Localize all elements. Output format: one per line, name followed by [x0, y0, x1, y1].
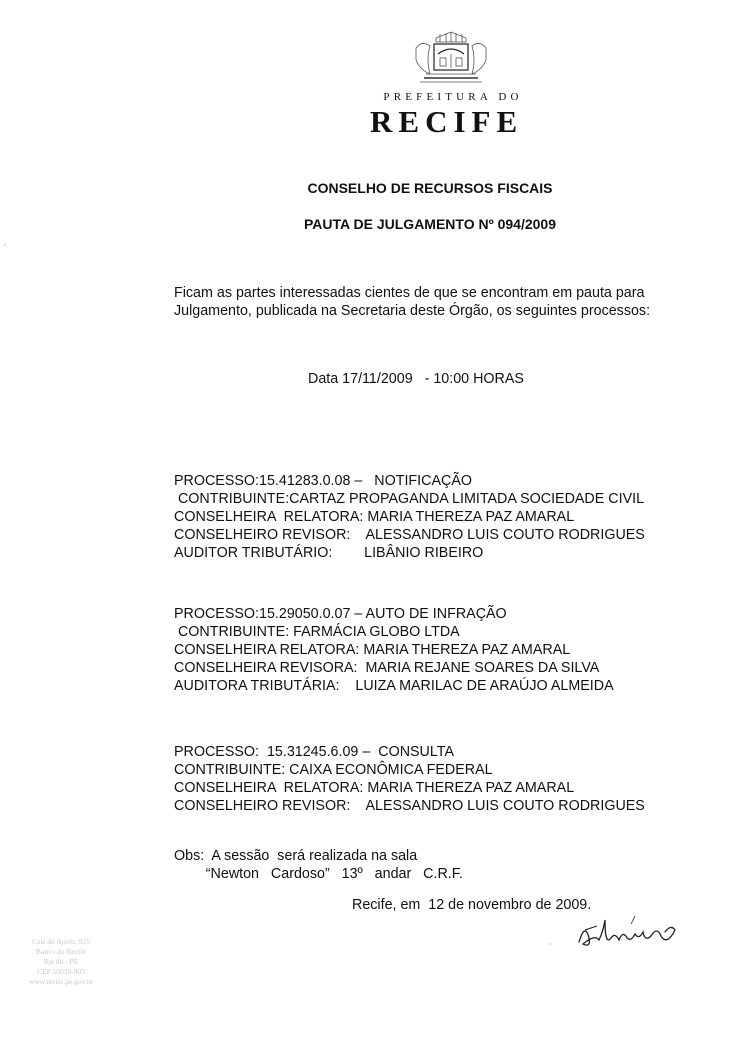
observation-note: Obs: A sessão será realizada na sala “Ne…: [174, 847, 463, 883]
tax-auditor: AUDITORA TRIBUTÁRIA: LUIZA MARILAC DE AR…: [174, 677, 614, 695]
scan-speck: [4, 244, 6, 246]
reviewer: CONSELHEIRO REVISOR: ALESSANDRO LUIS COU…: [174, 797, 645, 815]
intro-paragraph: Ficam as partes interessadas cientes de …: [174, 284, 694, 320]
observation-line: “Newton Cardoso” 13º andar C.R.F.: [174, 865, 463, 883]
scan-speck: [549, 943, 551, 945]
taxpayer: CONTRIBUINTE:CARTAZ PROPAGANDA LIMITADA …: [174, 490, 645, 508]
prefeitura-label: PREFEITURA DO: [378, 91, 528, 103]
reviewer: CONSELHEIRA REVISORA: MARIA REJANE SOARE…: [174, 659, 614, 677]
city-name-logo: RECIFE: [370, 104, 520, 140]
rapporteur: CONSELHEIRA RELATORA: MARIA THEREZA PAZ …: [174, 779, 645, 797]
taxpayer: CONTRIBUINTE: FARMÁCIA GLOBO LTDA: [174, 623, 614, 641]
reviewer: CONSELHEIRO REVISOR: ALESSANDRO LUIS COU…: [174, 526, 645, 544]
observation-line: Obs: A sessão será realizada na sala: [174, 847, 463, 865]
place-and-date: Recife, em 12 de novembro de 2009.: [352, 897, 591, 913]
session-date: Data 17/11/2009 - 10:00 HORAS: [308, 371, 524, 387]
address-line: www.recife.pe.gov.br: [6, 977, 116, 987]
address-line: Bairro do Recife: [6, 947, 116, 957]
rapporteur: CONSELHEIRA RELATORA: MARIA THEREZA PAZ …: [174, 508, 645, 526]
document-title: PAUTA DE JULGAMENTO Nº 094/2009: [0, 216, 740, 232]
taxpayer: CONTRIBUINTE: CAIXA ECONÔMICA FEDERAL: [174, 761, 645, 779]
process-block: PROCESSO:15.41283.0.08 – NOTIFICAÇÃO CON…: [174, 472, 645, 562]
address-line: Recife - PE: [6, 957, 116, 967]
process-number: PROCESSO: 15.31245.6.09 – CONSULTA: [174, 743, 645, 761]
process-block: PROCESSO: 15.31245.6.09 – CONSULTA CONTR…: [174, 743, 645, 815]
tax-auditor: AUDITOR TRIBUTÁRIO: LIBÂNIO RIBEIRO: [174, 544, 645, 562]
coat-of-arms-icon: [396, 30, 506, 90]
rapporteur: CONSELHEIRA RELATORA: MARIA THEREZA PAZ …: [174, 641, 614, 659]
organization-heading: CONSELHO DE RECURSOS FISCAIS: [0, 180, 740, 196]
address-line: CEP 50030-903: [6, 967, 116, 977]
handwritten-signature-icon: [575, 912, 685, 952]
address-line: Cais do Apolo, 925: [6, 937, 116, 947]
footer-address: Cais do Apolo, 925 Bairro do Recife Reci…: [6, 937, 116, 987]
process-number: PROCESSO:15.29050.0.07 – AUTO DE INFRAÇÃ…: [174, 605, 614, 623]
process-number: PROCESSO:15.41283.0.08 – NOTIFICAÇÃO: [174, 472, 645, 490]
process-block: PROCESSO:15.29050.0.07 – AUTO DE INFRAÇÃ…: [174, 605, 614, 695]
